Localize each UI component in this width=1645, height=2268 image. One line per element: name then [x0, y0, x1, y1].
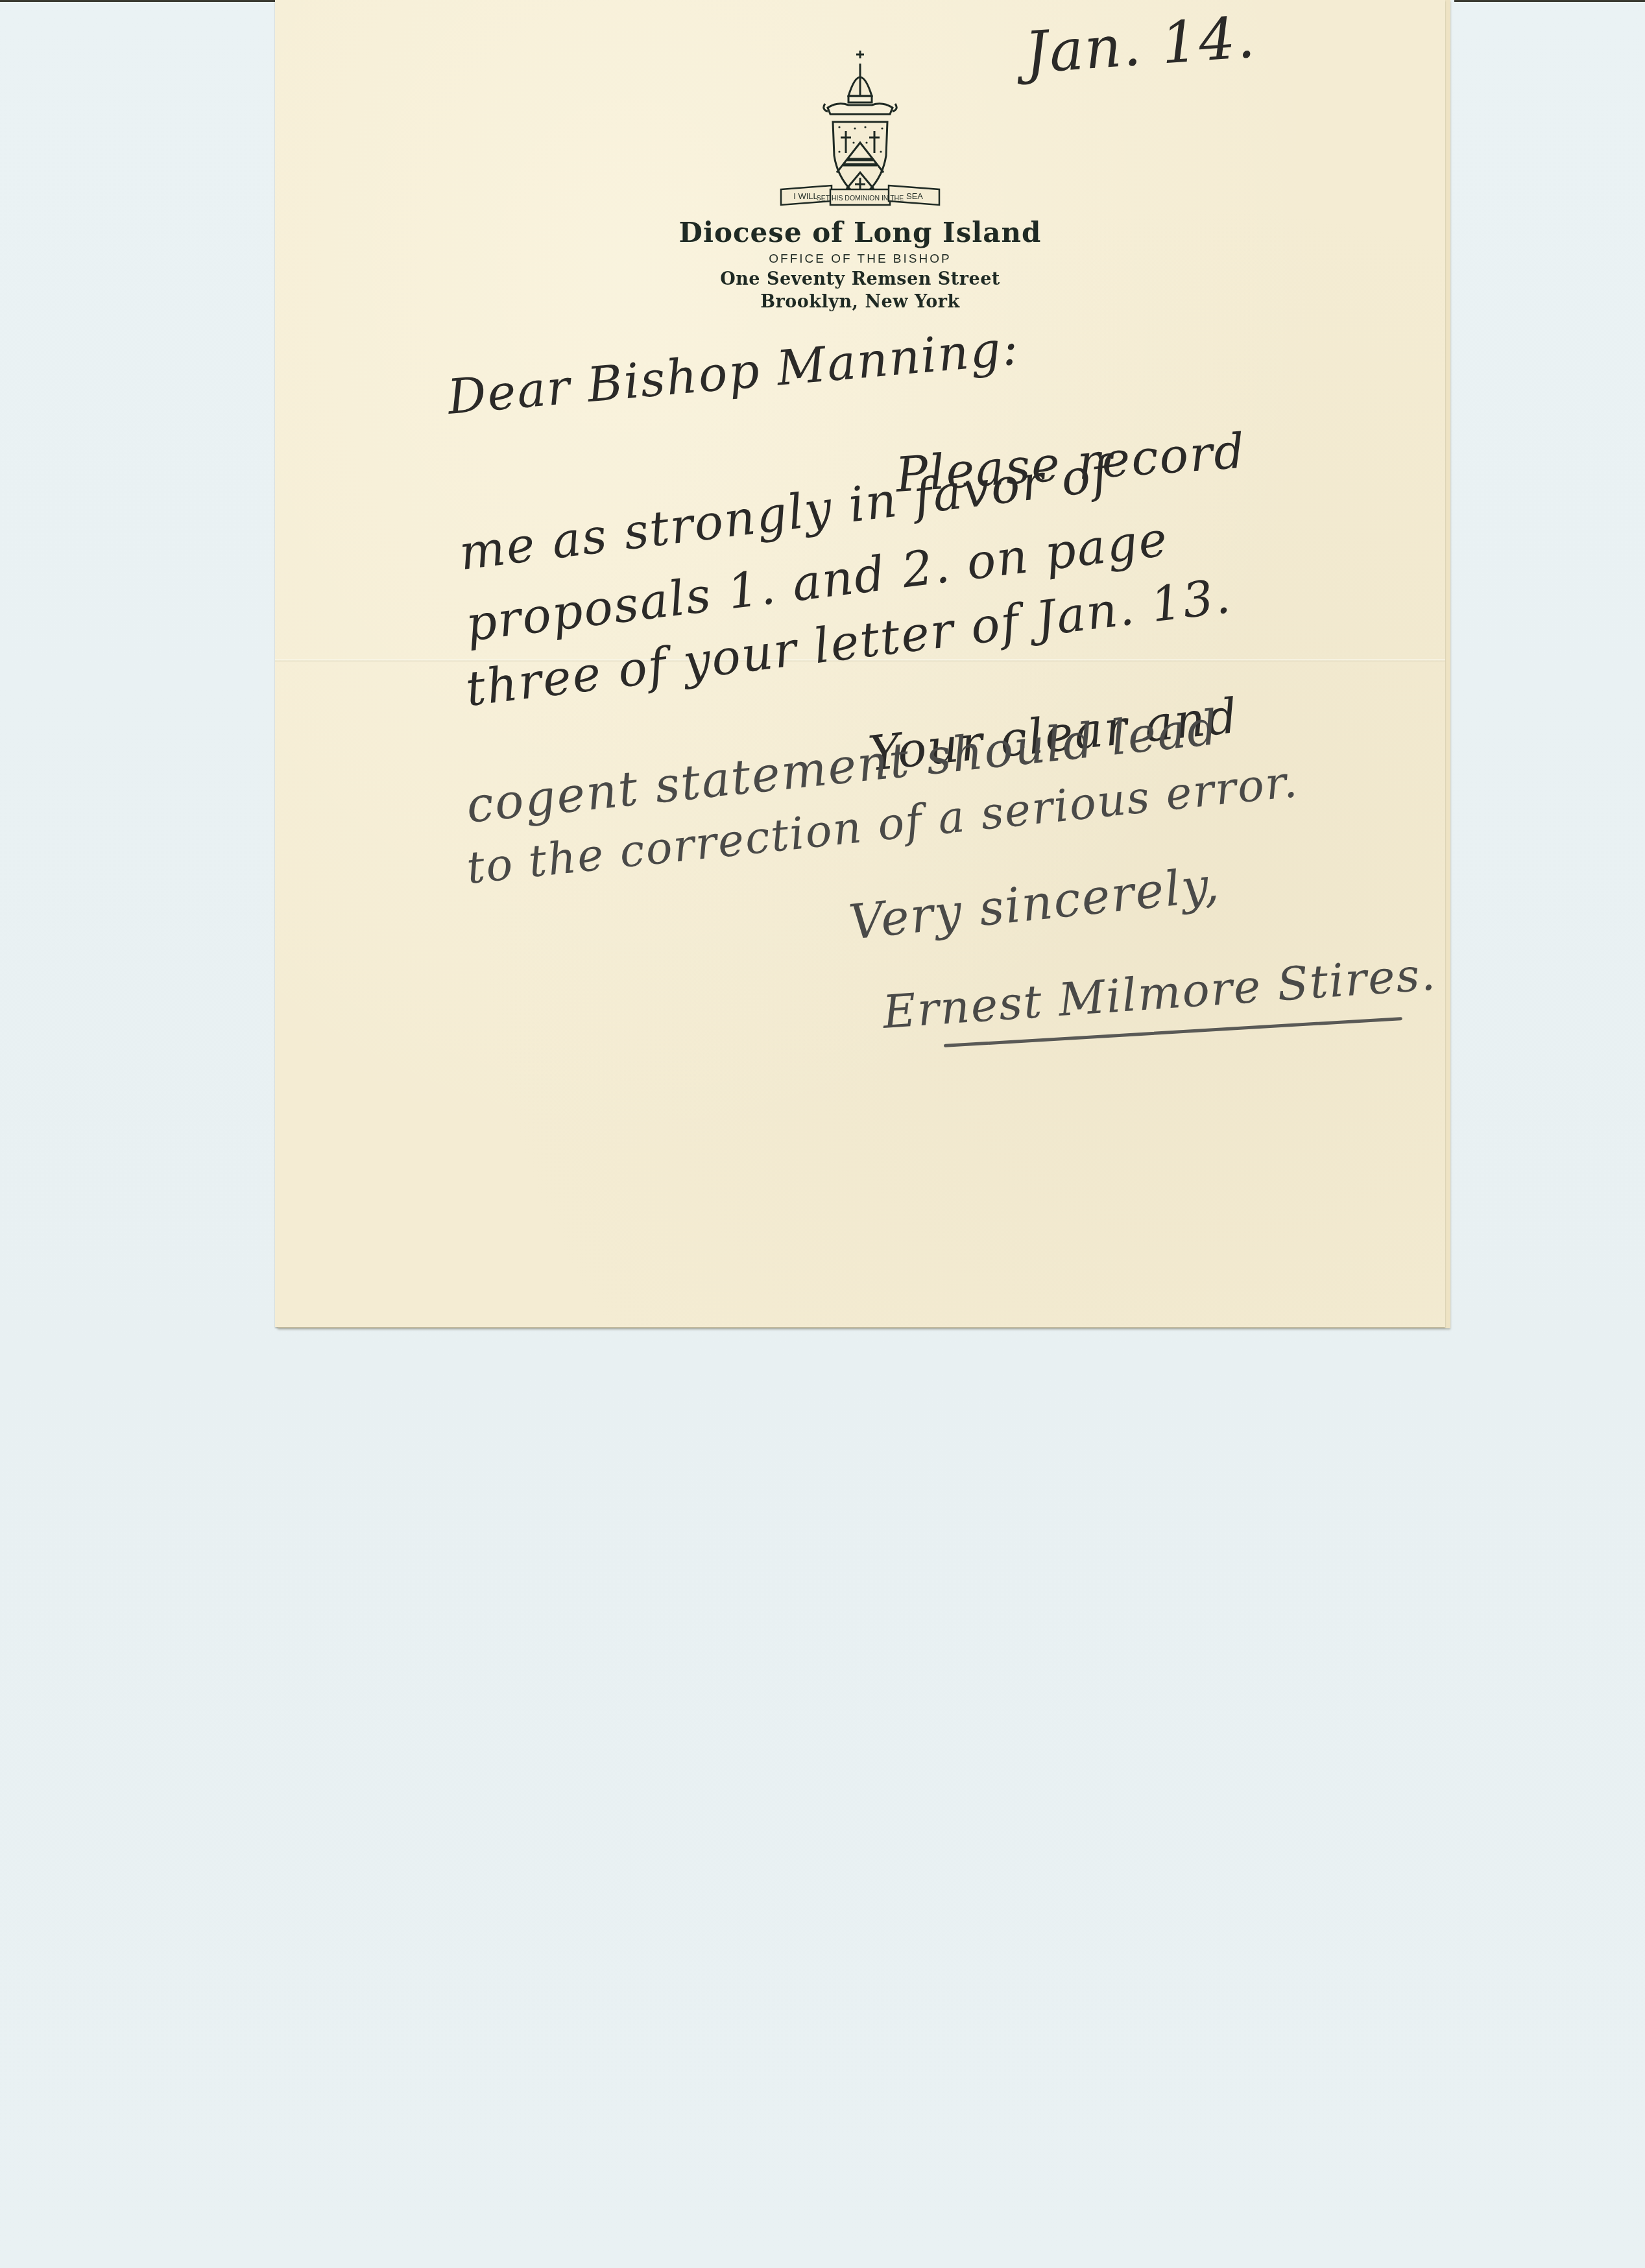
signature: Ernest Milmore Stires. [881, 948, 1438, 1039]
office-title: OFFICE OF THE BISHOP [275, 252, 1445, 267]
closing: Very sincerely, [847, 856, 1223, 951]
motto-part-2: SET HIS DOMINION IN THE [817, 195, 904, 202]
letter-page: I WILL SET HIS DOMINION IN THE SEA Dioce… [275, 0, 1445, 1327]
motto-part-1: I WILL [793, 191, 818, 201]
diocese-name: Diocese of Long Island [275, 217, 1445, 248]
letterhead: I WILL SET HIS DOMINION IN THE SEA Dioce… [275, 45, 1445, 312]
motto-part-3: SEA [906, 191, 923, 201]
salutation: Dear Bishop Manning: [446, 320, 1022, 425]
address-city: Brooklyn, New York [275, 292, 1445, 312]
scan-edge-strip-right [1454, 0, 1645, 2]
diocesan-crest-icon: I WILL SET HIS DOMINION IN THE SEA [776, 45, 944, 208]
address-street: One Seventy Remsen Street [275, 269, 1445, 289]
scan-edge-strip-left [0, 0, 275, 2]
